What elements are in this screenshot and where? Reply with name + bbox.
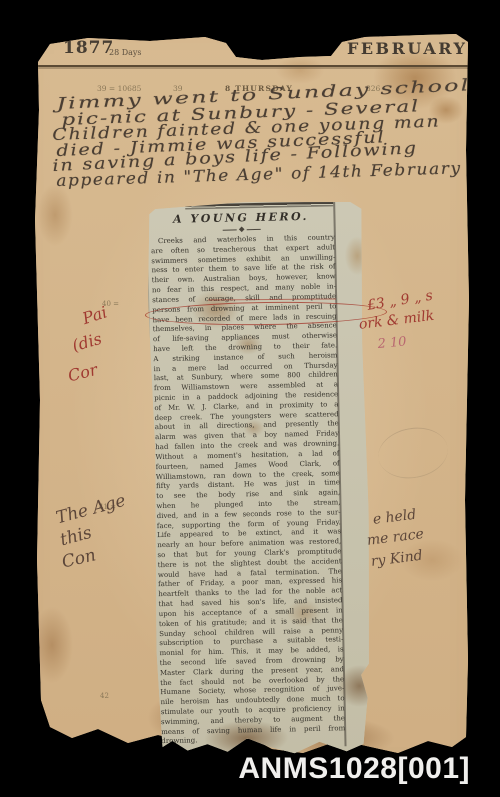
year-label: 1877 <box>63 38 114 58</box>
archive-label: ANMS1028[001] <box>238 752 470 786</box>
clipping-ornament-icon <box>221 227 262 232</box>
clipping-title: A YOUNG HERO. <box>147 209 334 226</box>
pencil-ghost-marks <box>374 422 452 483</box>
month-label: FEBRUARY <box>347 39 467 58</box>
photo-background: 1877 28 Days FEBRUARY 39 = 10685 39 8 TH… <box>0 0 500 797</box>
margin-number-42: 42 <box>100 692 109 700</box>
newspaper-clipping: A YOUNG HERO. Creeks and waterholes in t… <box>143 194 381 761</box>
red-annotation-line: 2 10 <box>377 334 407 351</box>
header-rule <box>34 65 468 69</box>
days-note-label: 28 Days <box>109 48 142 57</box>
